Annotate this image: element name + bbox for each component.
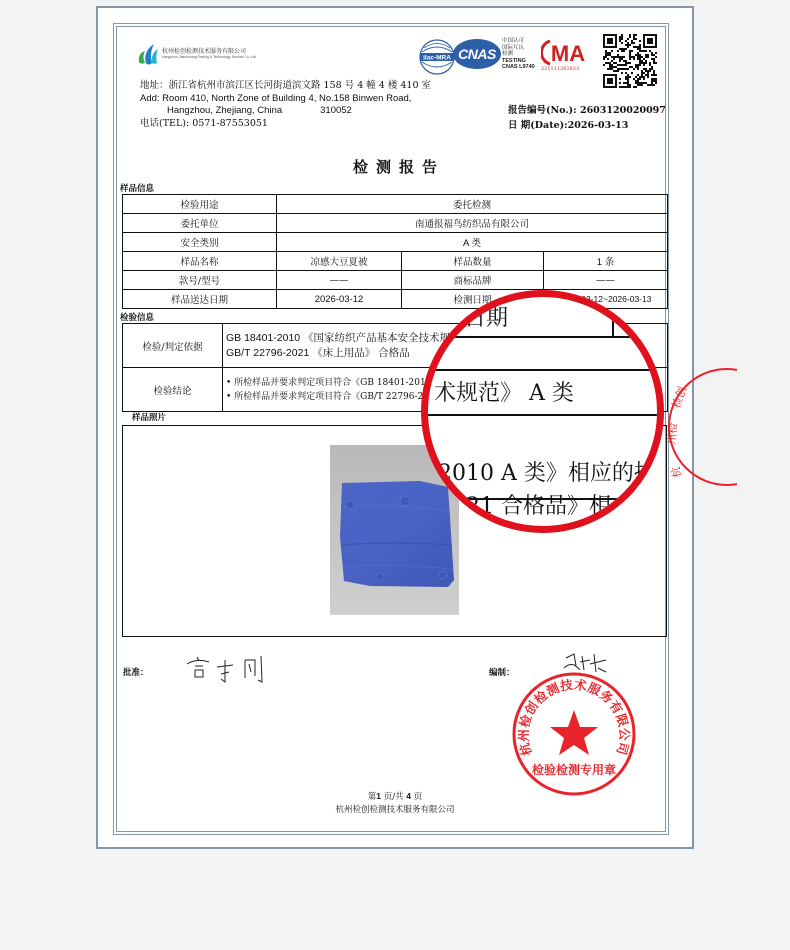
- magnified-conclusion-1: 2010 A 类》相应的技: [438, 456, 656, 487]
- svg-text:ilac-MRA: ilac-MRA: [423, 55, 451, 62]
- row-value: 委托检测: [277, 195, 668, 214]
- table-row: 检验用途委托检测: [123, 195, 668, 214]
- report-date: 日 期(Date):2026-03-13: [508, 119, 666, 134]
- row-label: 安全类别: [123, 233, 277, 252]
- official-seal-stamp: 杭州检创检测技术服务有限公司 检验检测专用章: [510, 670, 638, 798]
- magnified-conclusion-2: 2021 合格品》相: [438, 489, 611, 520]
- telephone: 电话(TEL): 0571-87553051: [140, 118, 431, 131]
- sample-info-label: 样品信息: [120, 182, 154, 194]
- row-value: 1 条: [544, 252, 668, 271]
- company-logo-icon: [137, 42, 159, 66]
- table-row: 款号/型号——商标品牌——: [123, 271, 668, 290]
- table-row: 安全类别A 类: [123, 233, 668, 252]
- address-en-line2: Hangzhou, Zhejiang, China310052: [140, 105, 431, 118]
- compiler-signature: [560, 652, 610, 674]
- page-indicator: 第1 页/共 4 页: [0, 790, 790, 802]
- magnified-standard-text: 术规范》 A 类: [434, 376, 574, 407]
- cma-number: 221111261833: [541, 66, 579, 72]
- basis-label: 检验/判定依据: [123, 324, 223, 368]
- svg-text:检创: 检创: [669, 385, 690, 410]
- row-label: 商标品牌: [402, 271, 544, 290]
- svg-text:州检: 州检: [664, 422, 680, 445]
- inspection-info-label: 检验信息: [120, 311, 154, 323]
- conclusion-label: 检验结论: [123, 368, 223, 412]
- address-cn: 地址：浙江省杭州市滨江区长河街道滨文路 158 号 4 幢 4 楼 410 室: [140, 80, 431, 93]
- report-number: 报告编号(No.): 2603120020097: [508, 104, 666, 119]
- qr-code-icon[interactable]: [603, 34, 657, 88]
- magnifier-overlay: 日期 术规范》 A 类 2010 A 类》相应的技 2021 合格品》相: [421, 290, 664, 533]
- address-en-line1: Add: Room 410, North Zone of Building 4,…: [140, 93, 431, 106]
- row-value: 南通报福鸟纺织品有限公司: [277, 214, 668, 233]
- table-row: 委托单位南通报福鸟纺织品有限公司: [123, 214, 668, 233]
- approver-signature: [185, 652, 270, 684]
- row-label: 样品数量: [402, 252, 544, 271]
- report-meta: 报告编号(No.): 2603120020097 日 期(Date):2026-…: [508, 104, 666, 133]
- cma-logo-icon: MA: [541, 39, 591, 66]
- cnas-logo-icon: CNAS: [453, 39, 501, 69]
- company-name-en: Hangzhou Jianchuang Testing & Technology…: [162, 55, 256, 59]
- row-label: 款号/型号: [123, 271, 277, 290]
- svg-text:杭: 杭: [668, 466, 684, 479]
- address-block: 地址：浙江省杭州市滨江区长河街道滨文路 158 号 4 幢 4 楼 410 室 …: [140, 80, 431, 130]
- company-name-cn: 杭州检创检测技术服务有限公司: [162, 46, 246, 55]
- row-label: 委托单位: [123, 214, 277, 233]
- row-value: A 类: [277, 233, 668, 252]
- approve-label: 批准：: [123, 666, 149, 678]
- row-label: 样品名称: [123, 252, 277, 271]
- cnas-accreditation-text: 中国认可 国际互认 检测 TESTING CNAS L9740: [502, 38, 535, 71]
- row-value: ——: [544, 271, 668, 290]
- magnified-date-label: 日期: [464, 301, 508, 332]
- address-zip: 310052: [282, 105, 352, 116]
- row-label: 样品送达日期: [123, 290, 277, 309]
- seal-stamp-partial: 检创 州检 杭: [657, 365, 737, 490]
- row-value: ——: [277, 271, 402, 290]
- document-title: 检测报告: [0, 156, 790, 177]
- svg-text:检验检测专用章: 检验检测专用章: [532, 762, 616, 777]
- sample-photo-label: 样品照片: [132, 411, 166, 423]
- row-label: 检验用途: [123, 195, 277, 214]
- row-value: 凉感大豆夏被: [277, 252, 402, 271]
- sample-info-table: 检验用途委托检测 委托单位南通报福鸟纺织品有限公司 安全类别A 类 样品名称凉感…: [122, 194, 668, 309]
- footer-company: 杭州检创检测技术服务有限公司: [0, 803, 790, 815]
- address-city: Hangzhou, Zhejiang, China: [167, 105, 282, 116]
- svg-text:MA: MA: [551, 41, 585, 66]
- table-row: 样品名称凉感大豆夏被样品数量1 条: [123, 252, 668, 271]
- ilac-mra-logo-icon: ilac-MRA: [418, 38, 456, 76]
- row-value: 2026-03-12: [277, 290, 402, 309]
